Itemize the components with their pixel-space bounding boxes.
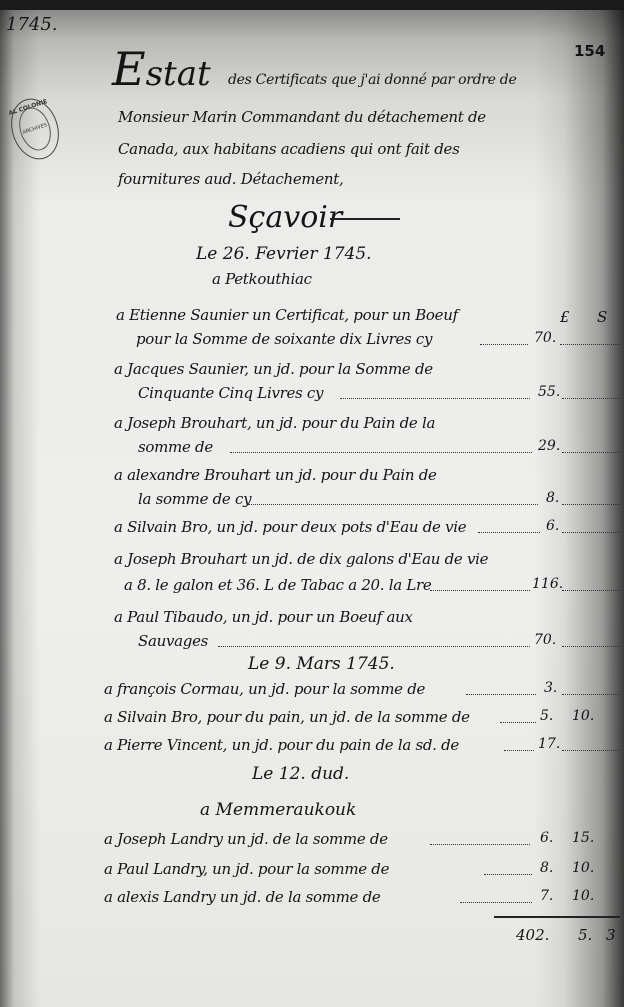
folio-number: 154 (574, 42, 605, 60)
dot-leader (478, 532, 540, 533)
manuscript-page: 1745. 154 AL COLONIE ARCHIVES Estat des … (0, 0, 624, 1007)
dot-leader (430, 590, 530, 591)
amount-livres: 7. (540, 888, 553, 904)
section-1-place: a Petkouthiac (212, 270, 312, 288)
dot-leader (460, 902, 532, 903)
dot-leader (430, 844, 530, 845)
amount-livres: 8. (540, 860, 553, 876)
amount-sols: 10. (572, 708, 594, 724)
title-word-rest: stat (146, 54, 211, 94)
amount-livres: 3. (544, 680, 557, 696)
dot-leader (230, 452, 532, 453)
dot-leader (248, 504, 538, 505)
entry-line: a alexandre Brouhart un jd. pour du Pain… (114, 466, 437, 484)
entry-line: a Joseph Landry un jd. de la somme de (104, 830, 388, 848)
entry-line: a Joseph Brouhart un jd. de dix galons d… (114, 550, 488, 568)
amount-livres: 116. (532, 576, 563, 592)
entry-line: a Silvain Bro, pour du pain, un jd. de l… (104, 708, 470, 726)
entry-line: a françois Cormau, un jd. pour la somme … (104, 680, 425, 698)
entry-line: a alexis Landry un jd. de la somme de (104, 888, 380, 906)
amount-livres: 8. (546, 490, 559, 506)
dot-leader (466, 694, 536, 695)
column-header-sols: S (597, 308, 607, 326)
dot-leader (562, 532, 620, 533)
dot-leader (562, 694, 620, 695)
dot-leader (340, 398, 530, 399)
dot-leader (562, 504, 620, 505)
section-2-date: Le 9. Mars 1745. (248, 654, 395, 674)
entry-line: a Paul Landry, un jd. pour la somme de (104, 860, 389, 878)
entry-line: a Paul Tibaudo, un jd. pour un Boeuf aux (114, 608, 413, 626)
archive-stamp: AL COLONIE ARCHIVES (4, 92, 67, 165)
amount-livres: 70. (534, 632, 556, 648)
amount-sols: 15. (572, 830, 594, 846)
amount-sols: 10. (572, 888, 594, 904)
total-sols: 5. (578, 926, 592, 944)
dot-leader (484, 874, 532, 875)
entry-line: a Pierre Vincent, un jd. pour du pain de… (104, 736, 459, 754)
dot-leader (480, 344, 528, 345)
title-initial: Estat (112, 42, 211, 96)
entry-line: a Joseph Brouhart, un jd. pour du Pain d… (114, 414, 435, 432)
total-deniers: 3 (606, 926, 616, 944)
title-line-1: des Certificats que j'ai donné par ordre… (228, 72, 516, 88)
entry-line: a Jacques Saunier, un jd. pour la Somme … (114, 360, 433, 378)
scan-top-edge (0, 0, 624, 10)
amount-livres: 17. (538, 736, 560, 752)
amount-livres: 6. (546, 518, 559, 534)
section-1-date: Le 26. Fevrier 1745. (196, 244, 372, 264)
dot-leader (504, 750, 534, 751)
total-rule (494, 916, 620, 918)
dot-leader (562, 398, 620, 399)
dot-leader (218, 646, 530, 647)
dot-leader (500, 722, 536, 723)
entry-line: pour la Somme de soixante dix Livres cy (136, 330, 432, 348)
amount-livres: 5. (540, 708, 553, 724)
entry-line: a Etienne Saunier un Certificat, pour un… (116, 306, 458, 324)
amount-livres: 70. (534, 330, 556, 346)
total-livres: 402. (516, 926, 549, 944)
column-header-livres: £ (560, 308, 569, 326)
marginal-year: 1745. (6, 14, 58, 35)
amount-sols: 10. (572, 860, 594, 876)
amount-livres: 55. (538, 384, 560, 400)
section-3-place: a Memmeraukouk (200, 800, 356, 820)
entry-line: a 8. le galon et 36. L de Tabac a 20. la… (124, 576, 431, 594)
dot-leader (562, 646, 620, 647)
entry-line: la somme de cy (138, 490, 251, 508)
entry-line: somme de (138, 438, 213, 456)
heading-scavoir: Sçavoir (228, 200, 342, 235)
title-line-4: fournitures aud. Détachement, (118, 170, 344, 188)
title-initial-letter: E (112, 42, 146, 96)
dot-leader (562, 750, 620, 751)
title-line-3: Canada, aux habitans acadiens qui ont fa… (118, 140, 460, 158)
heading-flourish (330, 218, 400, 220)
amount-livres: 29. (538, 438, 560, 454)
dot-leader (560, 344, 620, 345)
entry-line: Sauvages (138, 632, 208, 650)
entry-line: Cinquante Cinq Livres cy (138, 384, 323, 402)
amount-livres: 6. (540, 830, 553, 846)
entry-line: a Silvain Bro, un jd. pour deux pots d'E… (114, 518, 466, 536)
dot-leader (562, 590, 620, 591)
title-line-2: Monsieur Marin Commandant du détachement… (118, 108, 486, 126)
section-3-date: Le 12. dud. (252, 764, 349, 784)
dot-leader (562, 452, 620, 453)
